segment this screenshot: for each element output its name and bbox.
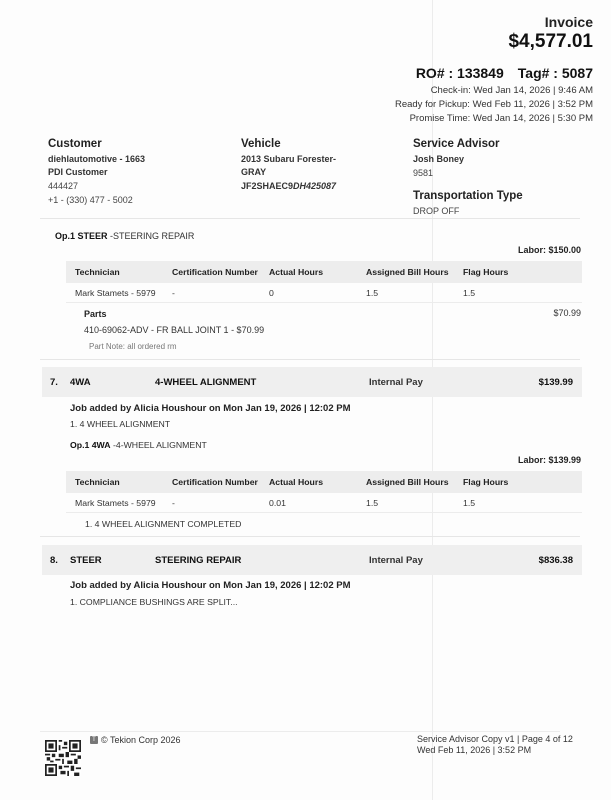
transportation-value: DROP OFF bbox=[413, 205, 523, 218]
customer-name: diehlautomotive - 1663 bbox=[48, 153, 145, 166]
customer-block: Customer diehlautomotive - 1663 PDI Cust… bbox=[48, 138, 145, 207]
job-code: STEER bbox=[70, 555, 102, 566]
invoice-title: Invoice bbox=[395, 14, 593, 30]
table-row: Mark Stamets - 5979 - 0.01 1.5 1.5 bbox=[66, 493, 582, 513]
col-flag-hours: Flag Hours bbox=[463, 477, 508, 487]
technician-table-header: Technician Certification Number Actual H… bbox=[66, 471, 582, 493]
customer-type: PDI Customer bbox=[48, 166, 145, 179]
col-certification: Certification Number bbox=[172, 477, 258, 487]
footer-divider bbox=[40, 731, 560, 732]
divider bbox=[40, 536, 580, 537]
ro-tag-line: RO# : 133849Tag# : 5087 bbox=[395, 65, 593, 81]
service-advisor-block: Service Advisor Josh Boney 9581 Transpor… bbox=[413, 138, 523, 218]
job-concern: 1. COMPLIANCE BUSHINGS ARE SPLIT... bbox=[70, 597, 238, 607]
job-name: STEERING REPAIR bbox=[155, 555, 241, 566]
job-name: 4-WHEEL ALIGNMENT bbox=[155, 377, 256, 388]
cell-assigned-bill-hours: 1.5 bbox=[366, 288, 378, 298]
vehicle-color: GRAY bbox=[241, 166, 381, 179]
job-number: 8. bbox=[50, 555, 58, 566]
op-title-4wa: Op.1 4WA -4-WHEEL ALIGNMENT bbox=[70, 440, 207, 450]
tag-number: Tag# : 5087 bbox=[518, 65, 593, 81]
job-pay-type: Internal Pay bbox=[369, 377, 423, 388]
vehicle-model: 2013 Subaru Forester- bbox=[241, 153, 381, 166]
customer-heading: Customer bbox=[48, 138, 145, 151]
parts-amount: $70.99 bbox=[553, 308, 581, 318]
cell-certification: - bbox=[172, 498, 175, 508]
technician-table: Technician Certification Number Actual H… bbox=[66, 261, 582, 303]
footer-copyright: T © Tekion Corp 2026 bbox=[90, 735, 181, 745]
vehicle-heading: Vehicle bbox=[241, 138, 381, 151]
customer-phone: +1 - (330) 477 - 5002 bbox=[48, 194, 145, 207]
job-code: 4WA bbox=[70, 377, 91, 388]
col-assigned-bill-hours: Assigned Bill Hours bbox=[366, 477, 449, 487]
cell-actual-hours: 0.01 bbox=[269, 498, 286, 508]
ready-for-pickup-time: Ready for Pickup: Wed Feb 11, 2026 | 3:5… bbox=[395, 99, 593, 110]
op-title-steer: Op.1 STEER -STEERING REPAIR bbox=[55, 231, 194, 241]
labor-amount: Labor: $150.00 bbox=[518, 245, 581, 255]
technician-table-header: Technician Certification Number Actual H… bbox=[66, 261, 582, 283]
vin-suffix: DH425087 bbox=[293, 181, 336, 191]
job-pay-type: Internal Pay bbox=[369, 555, 423, 566]
vehicle-block: Vehicle 2013 Subaru Forester- GRAY JF2SH… bbox=[241, 138, 381, 193]
printed-timestamp: Wed Feb 11, 2026 | 3:52 PM bbox=[417, 745, 573, 756]
invoice-page: Invoice $4,577.01 RO# : 133849Tag# : 508… bbox=[0, 0, 611, 800]
cell-flag-hours: 1.5 bbox=[463, 498, 475, 508]
copy-page-info: Service Advisor Copy v1 | Page 4 of 12 bbox=[417, 734, 573, 745]
job-amount: $836.38 bbox=[539, 555, 573, 566]
job-header-7: 7. 4WA 4-WHEEL ALIGNMENT Internal Pay $1… bbox=[42, 367, 582, 397]
copyright-text: © Tekion Corp 2026 bbox=[101, 735, 181, 745]
cell-assigned-bill-hours: 1.5 bbox=[366, 498, 378, 508]
qr-code-icon bbox=[45, 740, 81, 776]
col-actual-hours: Actual Hours bbox=[269, 267, 323, 277]
job-amount: $139.99 bbox=[539, 377, 573, 388]
service-advisor-name: Josh Boney bbox=[413, 153, 523, 166]
col-flag-hours: Flag Hours bbox=[463, 267, 508, 277]
divider bbox=[40, 218, 580, 219]
col-actual-hours: Actual Hours bbox=[269, 477, 323, 487]
tekion-logo-icon: T bbox=[90, 736, 98, 744]
part-note: Part Note: all ordered rm bbox=[89, 342, 177, 351]
customer-id: 444427 bbox=[48, 180, 145, 193]
job-number: 7. bbox=[50, 377, 58, 388]
col-certification: Certification Number bbox=[172, 267, 258, 277]
table-row: Mark Stamets - 5979 - 0 1.5 1.5 bbox=[66, 283, 582, 303]
cell-certification: - bbox=[172, 288, 175, 298]
service-advisor-heading: Service Advisor bbox=[413, 138, 523, 151]
labor-amount: Labor: $139.99 bbox=[518, 455, 581, 465]
cell-actual-hours: 0 bbox=[269, 288, 274, 298]
vehicle-vin: JF2SHAEC9DH425087 bbox=[241, 180, 381, 193]
divider bbox=[40, 359, 580, 360]
cell-technician: Mark Stamets - 5979 bbox=[75, 498, 156, 508]
vin-prefix: JF2SHAEC9 bbox=[241, 181, 293, 191]
cell-flag-hours: 1.5 bbox=[463, 288, 475, 298]
col-assigned-bill-hours: Assigned Bill Hours bbox=[366, 267, 449, 277]
service-advisor-id: 9581 bbox=[413, 167, 523, 180]
check-in-time: Check-in: Wed Jan 14, 2026 | 9:46 AM bbox=[395, 85, 593, 96]
promise-time: Promise Time: Wed Jan 14, 2026 | 5:30 PM bbox=[395, 113, 593, 124]
job-added-note: Job added by Alicia Houshour on Mon Jan … bbox=[70, 403, 351, 414]
col-technician: Technician bbox=[75, 477, 120, 487]
job-completed-note: 1. 4 WHEEL ALIGNMENT COMPLETED bbox=[85, 519, 241, 529]
col-technician: Technician bbox=[75, 267, 120, 277]
invoice-total: $4,577.01 bbox=[395, 31, 593, 53]
ro-number: RO# : 133849 bbox=[416, 65, 504, 81]
job-concern: 1. 4 WHEEL ALIGNMENT bbox=[70, 419, 170, 429]
footer-page-info: Service Advisor Copy v1 | Page 4 of 12 W… bbox=[417, 734, 573, 756]
transportation-heading: Transportation Type bbox=[413, 190, 523, 203]
parts-heading: Parts bbox=[84, 309, 107, 319]
job-header-8: 8. STEER STEERING REPAIR Internal Pay $8… bbox=[42, 545, 582, 575]
technician-table: Technician Certification Number Actual H… bbox=[66, 471, 582, 513]
invoice-header: Invoice $4,577.01 RO# : 133849Tag# : 508… bbox=[395, 14, 593, 124]
cell-technician: Mark Stamets - 5979 bbox=[75, 288, 156, 298]
job-added-note: Job added by Alicia Houshour on Mon Jan … bbox=[70, 580, 351, 591]
part-line: 410-69062-ADV - FR BALL JOINT 1 - $70.99 bbox=[84, 325, 264, 335]
